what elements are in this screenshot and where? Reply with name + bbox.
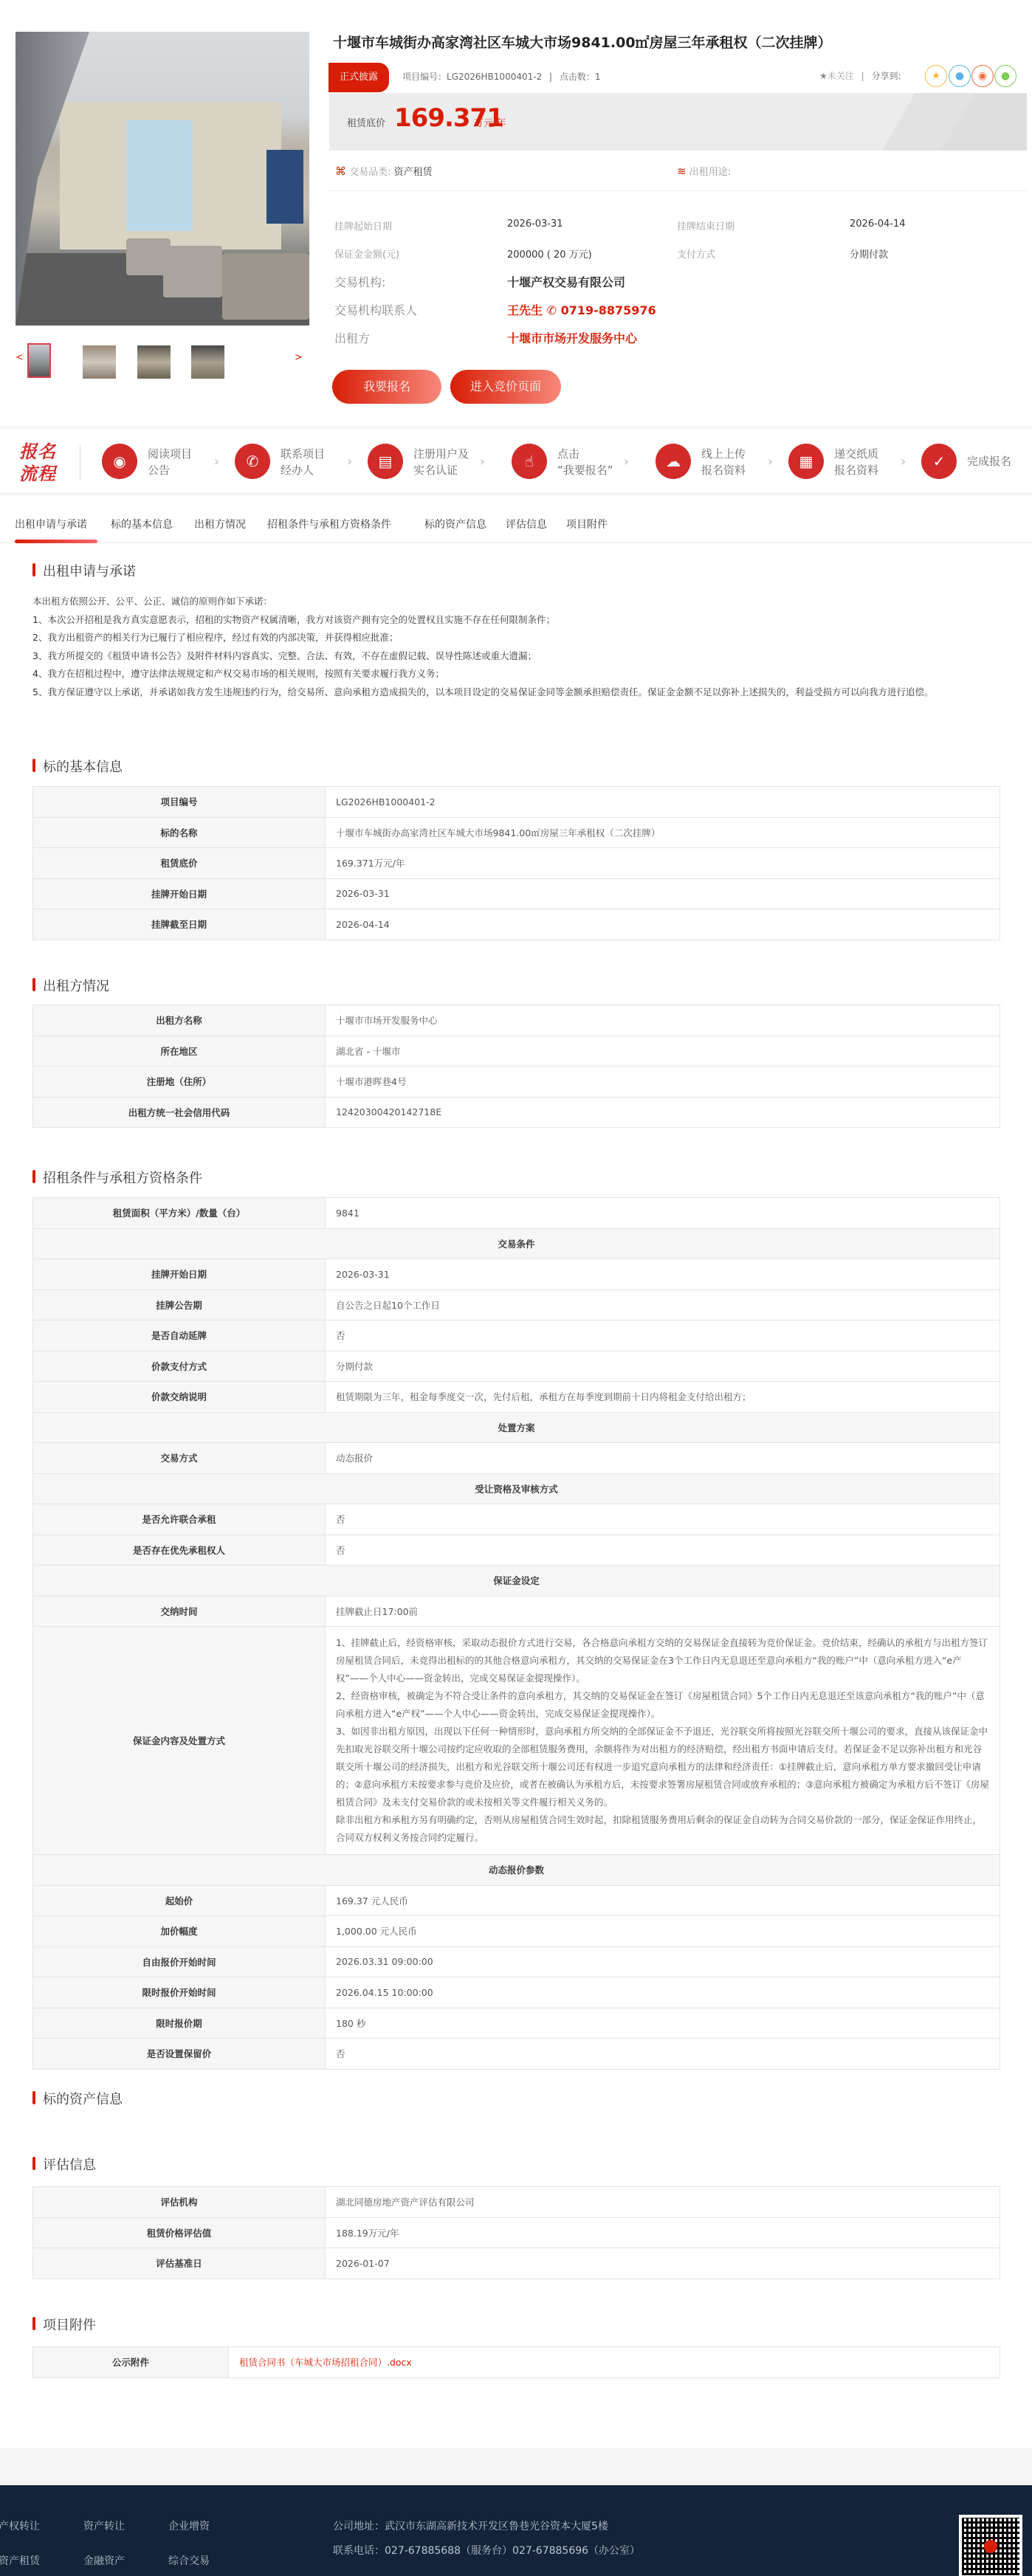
table-row: 租赁底价169.371万元/年: [33, 848, 1000, 879]
table-row: 交纳时间挂牌截止日17:00前: [33, 1596, 1000, 1627]
table-row: 保证金内容及处置方式1、挂牌截止后，经资格审核，采取动态报价方式进行交易，各合格…: [33, 1627, 1000, 1855]
row-label: 限时报价开始时间: [33, 1977, 326, 2008]
row-label: 标的名称: [33, 817, 326, 848]
thumbnail[interactable]: [27, 343, 51, 378]
signup-process: 报名流程 ◉ 阅读项目公告 › ✆ 联系项目经办人 › ▤ 注册用户及实名认证 …: [0, 426, 1032, 495]
footer: 产权转让 资产转让 企业增资 资产租赁 金融资产 综合交易 公司地址：武汉市东湖…: [0, 2485, 1032, 2576]
footer-link[interactable]: 金融资产: [83, 2553, 125, 2568]
row-value: 188.19万元/年: [326, 2217, 1000, 2248]
row-value: 否: [326, 1320, 1000, 1351]
row-label: 自由报价开始时间: [33, 1946, 326, 1977]
tab-item[interactable]: 出租方情况: [194, 517, 246, 531]
row-label: 租赁底价: [33, 848, 326, 879]
attachment-link[interactable]: 租赁合同书（车城大市场招租合同）.docx: [229, 2347, 1000, 2378]
row-label: 评估机构: [33, 2187, 326, 2218]
process-step-label: 联系项目经办人: [281, 446, 325, 478]
tab-item[interactable]: 评估信息: [506, 517, 547, 531]
footer-link[interactable]: 产权转让: [0, 2518, 40, 2533]
listing-start-value: 2026-03-31: [507, 218, 563, 230]
chevron-right-icon: ›: [480, 454, 485, 469]
contact-name: 王先生: [507, 303, 543, 317]
tab-item[interactable]: 出租申请与承诺: [15, 517, 87, 531]
section-title-eval: 评估信息: [32, 2155, 96, 2174]
process-step-label: 递交纸质报名资料: [834, 446, 878, 478]
thumbnail-strip: < >: [16, 342, 311, 379]
phone-icon: ✆: [547, 303, 557, 317]
table-row: 所在地区湖北省 - 十堰市: [33, 1036, 1000, 1067]
row-value: 十堰市港晖巷4号: [326, 1067, 1000, 1098]
listing-end-label: 挂牌结束日期: [677, 218, 735, 233]
section-tabs: 出租申请与承诺标的基本信息出租方情况招租条件与承租方资格条件标的资产信息评估信息…: [0, 517, 1032, 543]
price-unit: 万元/年: [474, 115, 506, 129]
process-step-label: 阅读项目公告: [148, 446, 192, 478]
deposit-rules: 1、挂牌截止后，经资格审核，采取动态报价方式进行交易，各合格意向承租方交纳的交易…: [326, 1627, 1000, 1855]
row-value: 169.371万元/年: [326, 848, 1000, 879]
payment-value: 分期付款: [850, 247, 888, 261]
lessor-label: 出租方: [334, 329, 370, 346]
project-no: LG2026HB1000401-2: [447, 72, 542, 82]
listing-end-value: 2026-04-14: [850, 218, 906, 230]
table-row: 评估基准日2026-01-07: [33, 2248, 1000, 2279]
footer-link[interactable]: 企业增资: [168, 2518, 210, 2533]
table-row: 加价幅度1,000.00 元人民币: [33, 1916, 1000, 1947]
process-title: 报名流程: [19, 441, 56, 485]
footer-phone: 联系电话：027-67885688（服务台）027-67885696（办公室）: [333, 2543, 640, 2558]
row-label: 保证金内容及处置方式: [33, 1627, 326, 1855]
footer-link[interactable]: 资产转让: [83, 2518, 125, 2533]
status-badge: 正式披露: [328, 63, 389, 92]
thumbnail[interactable]: [83, 345, 116, 379]
table-row: 评估机构湖北同德房地产资产评估有限公司: [33, 2187, 1000, 2218]
row-value: 湖北省 - 十堰市: [326, 1036, 1000, 1067]
eye-icon: ◉: [102, 444, 137, 479]
row-value: 9841: [326, 1198, 1000, 1229]
signup-button[interactable]: 我要报名: [332, 370, 441, 404]
thumbnail[interactable]: [137, 345, 171, 379]
qq-icon[interactable]: ●: [949, 65, 971, 87]
row-label: 项目编号: [33, 787, 326, 818]
follow-label: 未关注: [828, 71, 854, 81]
category-label: 交易品类:: [349, 167, 391, 178]
promise-line: 3、我方所提交的《租赁申请书公告》及附件材料内容真实、完整、合法、有效，不存在虚…: [32, 647, 1007, 666]
table-row: 是否自动延牌否: [33, 1320, 1000, 1351]
agency-label: 交易机构:: [334, 273, 385, 290]
check-icon: ✓: [921, 444, 957, 479]
section-title-attachments: 项目附件: [32, 2315, 96, 2334]
row-label: 起始价: [33, 1885, 326, 1916]
conditions-table: 租赁面积（平方米）/数量（台）9841交易条件挂牌开始日期2026-03-31挂…: [32, 1197, 1000, 2070]
evaluation-table: 评估机构湖北同德房地产资产评估有限公司租赁价格评估值188.19万元/年评估基准…: [32, 2186, 1000, 2279]
weibo-icon[interactable]: ◉: [971, 65, 994, 87]
category: ⌘ 交易品类: 资产租赁: [335, 164, 433, 178]
project-no-label: 项目编号：: [402, 72, 447, 82]
row-value: 12420300420142718E: [326, 1097, 1000, 1128]
promise-line: 本出租方依照公开、公平、公正、诚信的原则作如下承诺：: [32, 593, 1007, 611]
row-value: 湖北同德房地产资产评估有限公司: [326, 2187, 1000, 2218]
promise-text: 本出租方依照公开、公平、公正、诚信的原则作如下承诺：1、本次公开招租是我方真实意…: [32, 593, 1007, 701]
row-value: 否: [326, 2039, 1000, 2070]
footer-spacer: [0, 2448, 1032, 2485]
chevron-right-icon: ›: [768, 454, 773, 469]
process-step-label: 点击“我要报名”: [557, 446, 613, 478]
row-label: 评估基准日: [33, 2248, 326, 2279]
chevron-right-icon: ›: [347, 454, 352, 469]
table-row: 注册地（住所）十堰市港晖巷4号: [33, 1067, 1000, 1098]
category-value: 资产租赁: [394, 167, 433, 178]
qzone-icon[interactable]: ★: [925, 65, 947, 87]
row-value: 2026-03-31: [326, 878, 1000, 909]
table-row: 价款支付方式分期付款: [33, 1351, 1000, 1382]
row-label: 出租方名称: [33, 1005, 326, 1036]
row-value: 否: [326, 1535, 1000, 1566]
tab-item[interactable]: 项目附件: [566, 517, 608, 531]
row-label: 注册地（住所）: [33, 1067, 326, 1098]
row-label: 是否存在优先承租权人: [33, 1535, 326, 1566]
footer-link[interactable]: 资产租赁: [0, 2553, 40, 2568]
row-value: 十堰市市场开发服务中心: [326, 1005, 1000, 1036]
section-title-conditions: 招租条件与承租方资格条件: [32, 1168, 202, 1187]
active-tab-indicator: [15, 540, 97, 543]
section-title-lessor: 出租方情况: [32, 976, 109, 995]
table-row: 是否设置保留价否: [33, 2039, 1000, 2070]
document-icon: ▦: [788, 444, 824, 479]
row-value: LG2026HB1000401-2: [326, 787, 1000, 818]
table-row: 是否存在优先承租权人否: [33, 1535, 1000, 1566]
row-label: 挂牌公告期: [33, 1289, 326, 1320]
promise-line: 5、我方保证遵守以上承诺，并承诺如我方发生违规违约行为，给交易所、意向承租方造成…: [32, 683, 1007, 702]
table-row: 租赁价格评估值188.19万元/年: [33, 2217, 1000, 2248]
row-value: 分期付款: [326, 1351, 1000, 1382]
table-row: 公示附件 租赁合同书（车城大市场招租合同）.docx: [33, 2347, 1000, 2378]
star-icon: ★: [819, 71, 828, 81]
share-label: 分享到:: [871, 71, 901, 81]
table-row: 租赁面积（平方米）/数量（台）9841: [33, 1198, 1000, 1229]
deposit-value: 200000 ( 20 万元): [507, 247, 592, 261]
table-row: 标的名称十堰市车城街办高家湾社区车城大市场9841.00㎡房屋三年承租权（二次挂…: [33, 817, 1000, 848]
row-value: 租赁期限为三年，租金每季度交一次，先付后租，承租方在每季度到期前十日内将租金支付…: [326, 1382, 1000, 1413]
row-value: 2026-03-31: [326, 1259, 1000, 1290]
row-value: 十堰市车城街办高家湾社区车城大市场9841.00㎡房屋三年承租权（二次挂牌）: [326, 817, 1000, 848]
row-label: 所在地区: [33, 1036, 326, 1067]
row-label: 是否设置保留价: [33, 2039, 326, 2070]
process-step-label: 注册用户及实名认证: [413, 446, 469, 478]
main-photo: [16, 32, 309, 326]
footer-link[interactable]: 综合交易: [168, 2553, 210, 2568]
listing-start-label: 挂牌起始日期: [334, 218, 392, 233]
follow-button[interactable]: ★未关注 | 分享到:: [819, 69, 901, 82]
table-row: 限时报价开始时间2026.04.15 10:00:00: [33, 1977, 1000, 2008]
row-value: 180 秒: [326, 2008, 1000, 2039]
attachment-label: 公示附件: [33, 2347, 229, 2378]
row-label: 出租方统一社会信用代码: [33, 1097, 326, 1128]
qr-code: [959, 2515, 1022, 2576]
cloud-upload-icon: ☁: [656, 444, 691, 479]
usage: ≋ 出租用途:: [677, 164, 731, 178]
footer-address: 公司地址：武汉市东湖高新技术开发区鲁巷光谷资本大厦5楼: [333, 2518, 608, 2533]
table-row: 挂牌开始日期2026-03-31: [33, 878, 1000, 909]
row-value: 1,000.00 元人民币: [326, 1916, 1000, 1947]
thumb-prev-button[interactable]: <: [16, 352, 24, 363]
row-value: 否: [326, 1504, 1000, 1535]
table-subheader: 动态报价参数: [33, 1855, 1000, 1886]
clicks-count: 1: [595, 72, 601, 82]
row-label: 是否自动延牌: [33, 1320, 326, 1351]
table-row: 价款交纳说明租赁期限为三年，租金每季度交一次，先付后租，承租方在每季度到期前十日…: [33, 1382, 1000, 1413]
tab-item[interactable]: 招租条件与承租方资格条件: [267, 517, 391, 531]
row-label: 价款支付方式: [33, 1351, 326, 1382]
row-label: 租赁价格评估值: [33, 2217, 326, 2248]
agency-value: 十堰产权交易有限公司: [507, 273, 625, 290]
payment-label: 支付方式: [677, 247, 715, 261]
attachments-table: 公示附件 租赁合同书（车城大市场招租合同）.docx: [32, 2346, 1000, 2378]
row-label: 挂牌开始日期: [33, 1259, 326, 1290]
clicks-label: 点击数：: [560, 72, 595, 82]
hand-pointer-icon: ☝: [512, 444, 547, 479]
row-value: 动态报价: [326, 1443, 1000, 1474]
layers-icon: ≋: [677, 165, 687, 178]
project-meta: 项目编号：LG2026HB1000401-2 | 点击数：1: [402, 70, 601, 83]
thumbnail[interactable]: [191, 345, 224, 379]
row-value: 2026.03.31 09:00:00: [326, 1946, 1000, 1977]
table-row: 出租方名称十堰市市场开发服务中心: [33, 1005, 1000, 1036]
table-subheader: 受让资格及审核方式: [33, 1473, 1000, 1504]
id-card-icon: ▤: [368, 444, 403, 479]
row-value: 2026-04-14: [326, 909, 1000, 940]
lessor-table: 出租方名称十堰市市场开发服务中心所在地区湖北省 - 十堰市注册地（住所）十堰市港…: [32, 1005, 1000, 1128]
deposit-label: 保证金金额(元): [334, 247, 399, 261]
project-title: 十堰市车城街办高家湾社区车城大市场9841.00㎡房屋三年承租权（二次挂牌）: [333, 32, 1027, 52]
section-title-asset: 标的资产信息: [32, 2089, 123, 2108]
divider: [329, 190, 1027, 191]
table-row: 项目编号LG2026HB1000401-2: [33, 787, 1000, 818]
phone-icon: ✆: [235, 444, 270, 479]
table-subheader: 保证金设定: [33, 1566, 1000, 1597]
contact-value: 王先生 ✆ 0719-8875976: [507, 301, 656, 318]
wechat-icon[interactable]: ●: [994, 65, 1016, 87]
row-label: 交易方式: [33, 1443, 326, 1474]
row-label: 限时报价期: [33, 2008, 326, 2039]
table-subheader: 处置方案: [33, 1412, 1000, 1443]
basic-info-table: 项目编号LG2026HB1000401-2标的名称十堰市车城街办高家湾社区车城大…: [32, 786, 1000, 940]
row-value: 自公告之日起10个工作日: [326, 1289, 1000, 1320]
table-subheader: 交易条件: [33, 1228, 1000, 1259]
process-step-label: 线上上传报名资料: [701, 446, 746, 478]
price-box: 租赁底价 169.371 万元/年: [329, 93, 1027, 151]
row-label: 加价幅度: [33, 1916, 326, 1947]
row-label: 挂牌截至日期: [33, 909, 326, 940]
category-icon: ⌘: [335, 165, 346, 178]
row-label: 租赁面积（平方米）/数量（台）: [33, 1198, 326, 1229]
chevron-right-icon: ›: [901, 454, 906, 469]
usage-label: 出租用途:: [689, 167, 731, 178]
row-label: 挂牌开始日期: [33, 878, 326, 909]
promise-line: 1、本次公开招租是我方真实意愿表示，招租的实物资产权属清晰，我方对该资产拥有完全…: [32, 611, 1007, 630]
chevron-right-icon: ›: [624, 454, 629, 469]
table-row: 起始价169.37 元人民币: [33, 1885, 1000, 1916]
chevron-right-icon: ›: [214, 454, 219, 469]
contact-label: 交易机构联系人: [334, 301, 417, 318]
table-row: 挂牌截至日期2026-04-14: [33, 909, 1000, 940]
thumb-next-button[interactable]: >: [295, 352, 303, 363]
row-label: 是否允许联合承租: [33, 1504, 326, 1535]
row-value: 2026-01-07: [326, 2248, 1000, 2279]
row-label: 价款交纳说明: [33, 1382, 326, 1413]
tab-item[interactable]: 标的基本信息: [111, 517, 173, 531]
tab-item[interactable]: 标的资产信息: [424, 517, 486, 531]
table-row: 是否允许联合承租否: [33, 1504, 1000, 1535]
price-label: 租赁底价: [347, 115, 385, 129]
table-row: 挂牌开始日期2026-03-31: [33, 1259, 1000, 1290]
row-value: 2026.04.15 10:00:00: [326, 1977, 1000, 2008]
process-step-label: 完成报名: [967, 453, 1011, 469]
section-title-promise: 出租申请与承诺: [32, 561, 136, 580]
table-row: 挂牌公告期自公告之日起10个工作日: [33, 1289, 1000, 1320]
enter-bid-button[interactable]: 进入竞价页面: [450, 370, 561, 404]
row-label: 交纳时间: [33, 1596, 326, 1627]
lessor-value: 十堰市市场开发服务中心: [507, 329, 637, 346]
promise-line: 2、我方出租资产的相关行为已履行了相应程序，经过有效的内部决策，并获得相应批准；: [32, 629, 1007, 647]
contact-phone: 0719-8875976: [561, 303, 656, 317]
promise-line: 4、我方在招租过程中，遵守法律法规规定和产权交易市场的相关规则，按照有关要求履行…: [32, 665, 1007, 683]
table-row: 出租方统一社会信用代码12420300420142718E: [33, 1097, 1000, 1128]
row-value: 挂牌截止日17:00前: [326, 1596, 1000, 1627]
table-row: 自由报价开始时间2026.03.31 09:00:00: [33, 1946, 1000, 1977]
row-value: 169.37 元人民币: [326, 1885, 1000, 1916]
table-row: 限时报价期180 秒: [33, 2008, 1000, 2039]
table-row: 交易方式动态报价: [33, 1443, 1000, 1474]
section-title-basic: 标的基本信息: [32, 757, 123, 776]
